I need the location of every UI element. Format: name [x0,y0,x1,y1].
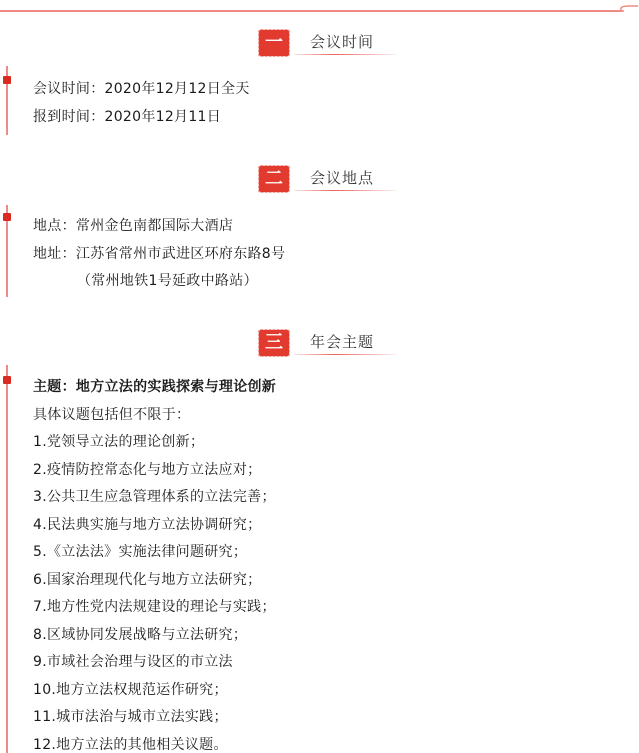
section-header-location: 二 会议地点 [256,163,406,195]
topic-item: 4.民法典实施与地方立法协调研究； [33,512,276,540]
topic-item: 3.公共卫生应急管理体系的立法完善； [33,484,276,512]
section-number: 三 [258,329,290,357]
venue-address: 地址：江苏省常州市武进区环府东路8号 [33,241,285,269]
registration-date: 报到时间：2020年12月11日 [33,104,250,132]
topic-item: 9.市域社会治理与设区的市立法 [33,649,276,677]
timeline-dot-icon [3,376,11,384]
section-body-theme: 主题：地方立法的实践探索与理论创新 具体议题包括但不限于： 1.党领导立法的理论… [33,374,276,753]
metro-station: （常州地铁1号延政中路站） [33,268,285,296]
section-header-time: 一 会议时间 [256,27,406,59]
section-title: 会议地点 [310,167,374,188]
meeting-date: 会议时间：2020年12月12日全天 [33,76,250,104]
topic-item: 11.城市法治与城市立法实践； [33,704,276,732]
topic-item: 2.疫情防控常态化与地方立法应对； [33,457,276,485]
section-title: 年会主题 [310,331,374,352]
theme-title: 主题：地方立法的实践探索与理论创新 [33,374,276,402]
section-body-time: 会议时间：2020年12月12日全天 报到时间：2020年12月11日 [33,76,250,131]
section-title: 会议时间 [310,31,374,52]
top-divider-line [0,10,622,12]
topic-item: 8.区域协同发展战略与立法研究； [33,622,276,650]
title-underline [294,54,396,55]
topic-item: 7.地方性党内法规建设的理论与实践； [33,594,276,622]
timeline-dot-icon [3,213,11,221]
topic-item: 6.国家治理现代化与地方立法研究； [33,567,276,595]
topic-item: 5.《立法法》实施法律问题研究； [33,539,276,567]
squiggle-ornament-icon [618,3,639,15]
topic-item: 10.地方立法权规范运作研究； [33,677,276,705]
section-body-location: 地点：常州金色南都国际大酒店 地址：江苏省常州市武进区环府东路8号 （常州地铁1… [33,213,285,296]
timeline-dot-icon [3,76,11,84]
topics-intro: 具体议题包括但不限于： [33,402,276,430]
title-underline [294,354,396,355]
venue-name: 地点：常州金色南都国际大酒店 [33,213,285,241]
title-underline [294,190,396,191]
topic-item: 12.地方立法的其他相关议题。 [33,732,276,753]
timeline-bar [6,365,8,753]
section-header-theme: 三 年会主题 [256,327,406,359]
topic-item: 1.党领导立法的理论创新； [33,429,276,457]
section-number: 一 [258,29,290,57]
section-number: 二 [258,165,290,193]
